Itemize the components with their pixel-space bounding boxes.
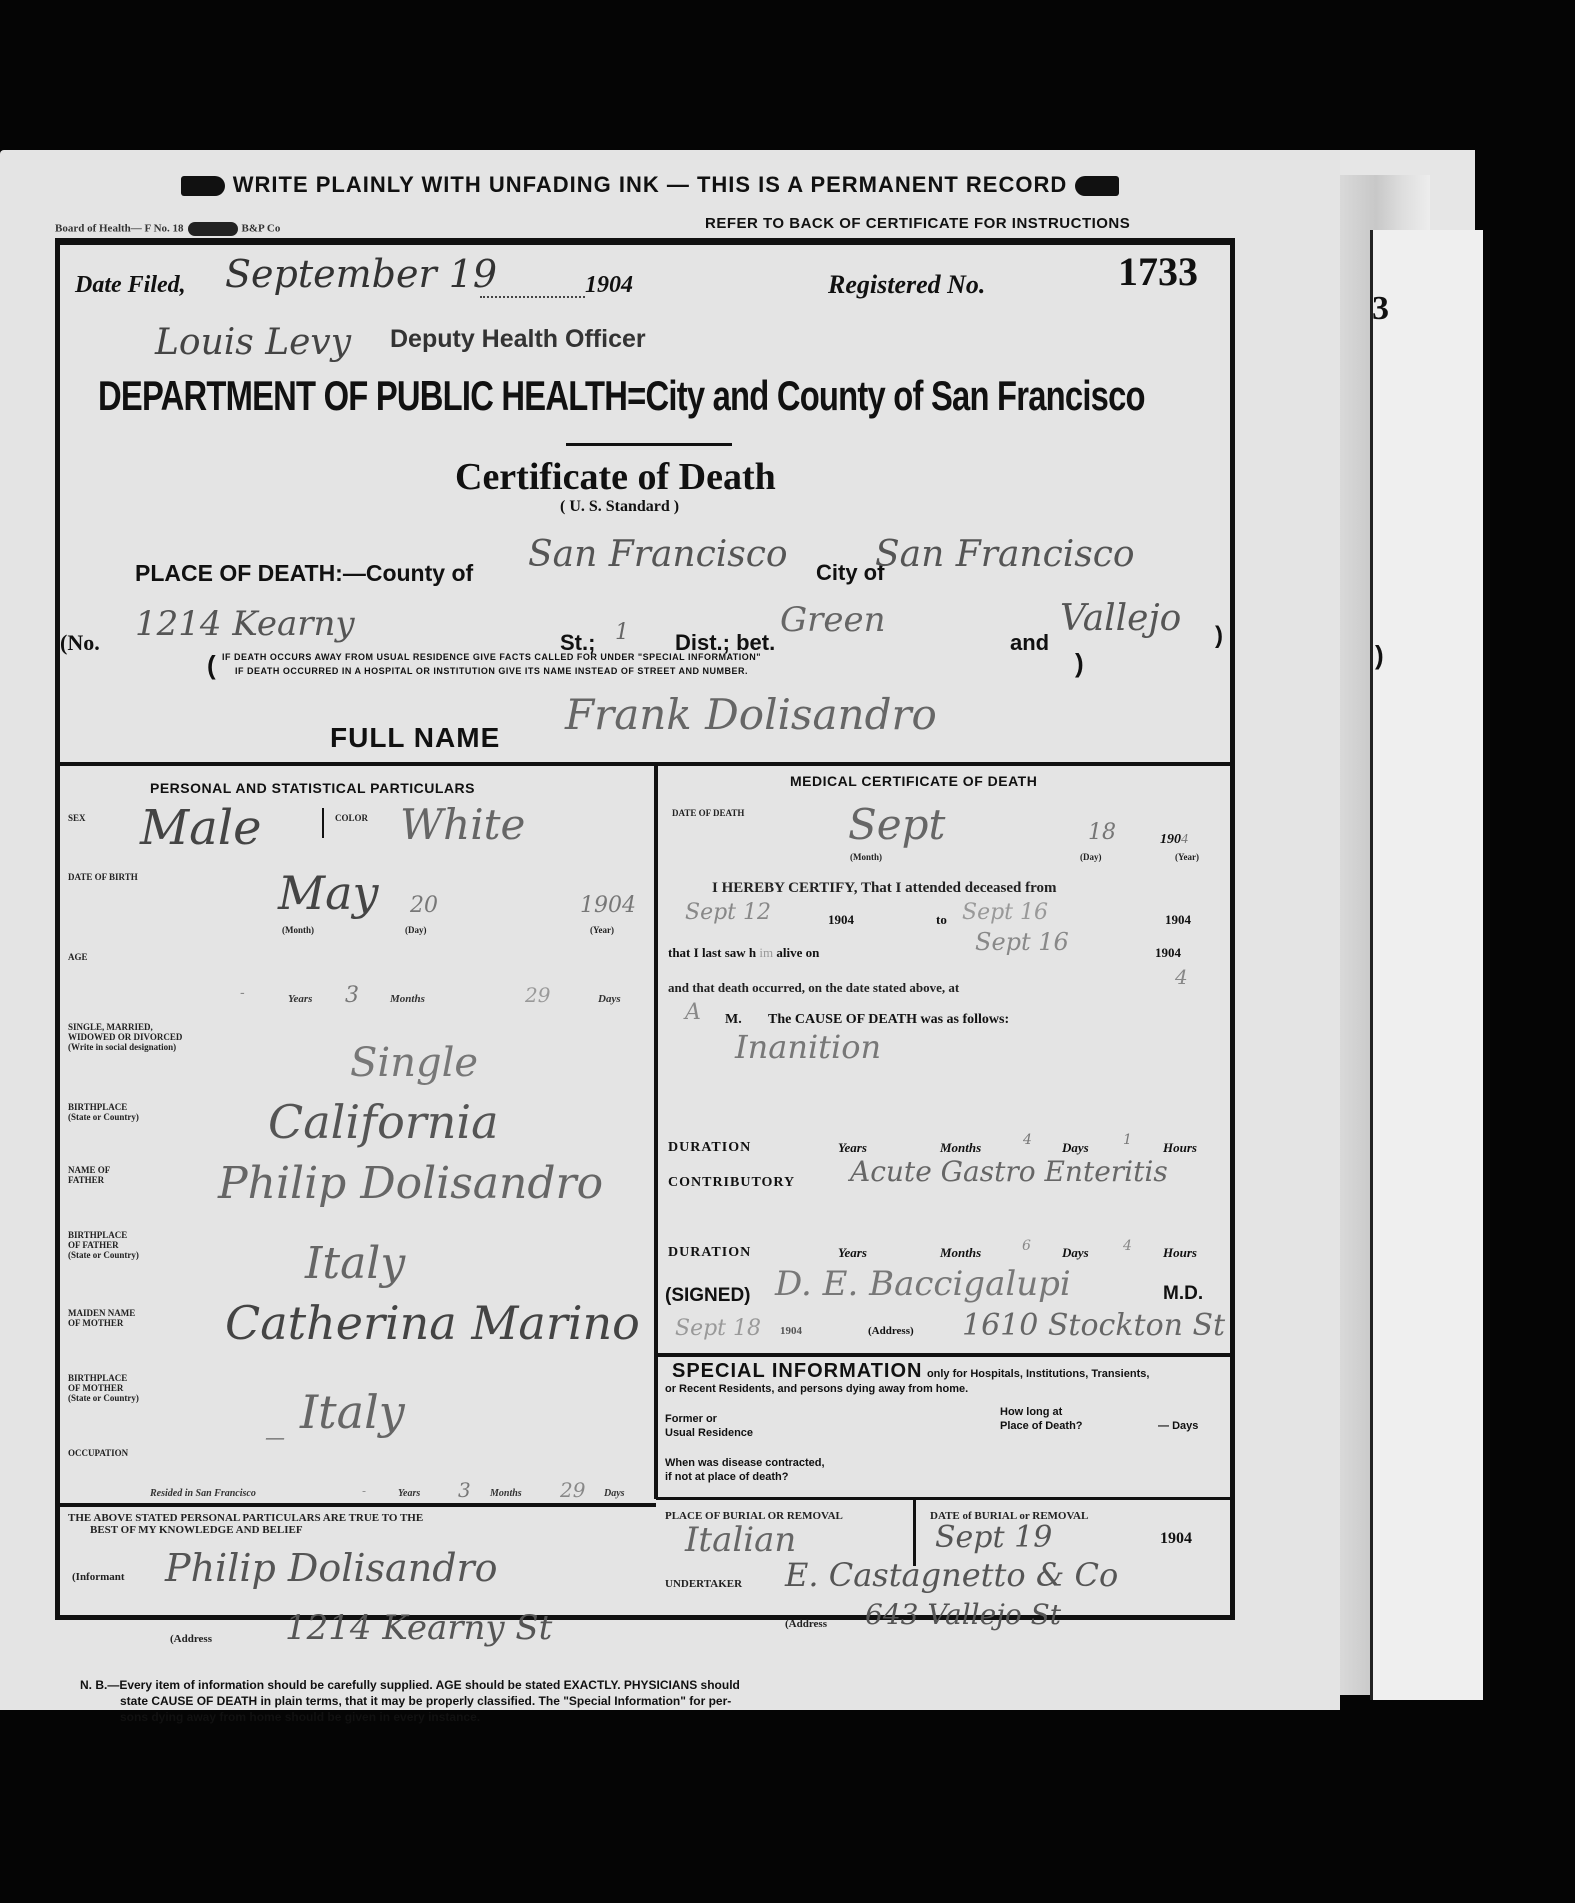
dod-day-label: (Day): [1080, 852, 1102, 862]
officer-signature: Louis Levy: [155, 322, 351, 363]
county-value: San Francisco: [528, 534, 788, 575]
resided-label: Resided in San Francisco: [150, 1488, 256, 1499]
footnote: N. B.—Every item of information should b…: [80, 1677, 740, 1725]
personal-heading: PERSONAL AND STATISTICAL PARTICULARS: [150, 780, 475, 796]
special-heading: SPECIAL INFORMATION: [672, 1360, 922, 1382]
marital-label-1: SINGLE, MARRIED,: [68, 1022, 182, 1032]
special-heading-row: SPECIAL INFORMATION only for Hospitals, …: [672, 1360, 1149, 1383]
how-long-label-1: How long at: [1000, 1405, 1083, 1419]
close-paren: ): [1215, 622, 1223, 650]
and-label: and: [1010, 630, 1049, 656]
color-value: White: [400, 800, 525, 849]
dod-month-label: (Month): [850, 852, 882, 862]
resided-months: 3: [458, 1478, 471, 1502]
form-id-text: Board of Health— F No. 18: [55, 223, 184, 235]
contrib-duration-years-label: Years: [838, 1245, 867, 1261]
birthplace-label: BIRTHPLACE (State or Country): [68, 1102, 139, 1122]
undertaker-address: 643 Vallejo St: [865, 1598, 1061, 1631]
medical-heading: MEDICAL CERTIFICATE OF DEATH: [790, 773, 1037, 789]
dod-label: DATE OF DEATH: [672, 808, 744, 818]
mother-value: Catherina Marino: [225, 1296, 640, 1350]
mother-label-1: MAIDEN NAME: [68, 1308, 135, 1318]
burial-place: Italian: [685, 1520, 796, 1560]
contracted-label-2: if not at place of death?: [665, 1470, 825, 1484]
contrib-duration-months: 6: [1022, 1238, 1031, 1254]
dob-year-label: (Year): [590, 925, 614, 935]
father-bp-label-1: BIRTHPLACE: [68, 1230, 139, 1240]
special-note-2: or Recent Residents, and persons dying a…: [665, 1383, 968, 1395]
last-saw-date: Sept 16: [975, 928, 1069, 956]
special-note-1: only for Hospitals, Institutions, Transi…: [927, 1368, 1149, 1380]
cause-duration-months: 4: [1023, 1132, 1032, 1148]
informant-divider: [60, 1503, 656, 1507]
informant-label: (Informant: [72, 1571, 125, 1583]
informant-statement: THE ABOVE STATED PERSONAL PARTICULARS AR…: [68, 1512, 423, 1536]
father-label-2: FATHER: [68, 1175, 110, 1185]
attended-from-year: 1904: [828, 912, 854, 928]
father-birthplace-label: BIRTHPLACE OF FATHER (State or Country): [68, 1230, 139, 1260]
informant-statement-2: BEST OF MY KNOWLEDGE AND BELIEF: [68, 1524, 423, 1536]
footnote-line-1: N. B.—Every item of information should b…: [80, 1677, 740, 1693]
cause-duration-days-label: Days: [1062, 1140, 1089, 1156]
dod-year-label: (Year): [1175, 852, 1199, 862]
death-hour: 4: [1175, 965, 1188, 989]
street-value: 1214 Kearny: [135, 604, 355, 644]
date-filed-year: 1904: [585, 272, 633, 299]
father-birthplace-value: Italy: [305, 1238, 405, 1289]
father-label-1: NAME OF: [68, 1165, 110, 1175]
contrib-duration-days-label: Days: [1062, 1245, 1089, 1261]
mother-label-2: OF MOTHER: [68, 1318, 135, 1328]
former-label-1: Former or: [665, 1412, 753, 1426]
birthplace-label-1: BIRTHPLACE: [68, 1102, 139, 1112]
resided-months-label: Months: [490, 1488, 522, 1499]
dod-month: Sept: [848, 800, 945, 849]
place-note-2: IF DEATH OCCURRED IN A HOSPITAL OR INSTI…: [235, 666, 748, 676]
father-bp-label-3: (State or Country): [68, 1250, 139, 1260]
certify-text: I HEREBY CERTIFY, That I attended deceas…: [712, 880, 1057, 897]
physician-signature: D. E. Baccigalupi: [775, 1264, 1071, 1304]
last-saw-year: 1904: [1155, 945, 1181, 961]
cause-duration-label: DURATION: [668, 1140, 751, 1156]
last-saw-prefix: that I last saw h: [668, 945, 756, 960]
form-id: Board of Health— F No. 18B&P Co: [55, 222, 280, 236]
place-of-death-label: PLACE OF DEATH:—County of: [135, 560, 473, 587]
contributory-value: Acute Gastro Enteritis: [850, 1155, 1168, 1188]
mother-bp-label-1: BIRTHPLACE: [68, 1373, 139, 1383]
to-label: to: [936, 912, 947, 928]
contracted-label: When was disease contracted, if not at p…: [665, 1456, 825, 1484]
street-no-label: (No.: [60, 630, 100, 656]
date-filed-label: Date Filed,: [75, 272, 186, 299]
pointing-hand-icon: [181, 176, 225, 196]
between-street-2: Vallejo: [1060, 598, 1181, 639]
color-label: COLOR: [335, 813, 368, 823]
certificate-title: Certificate of Death: [455, 455, 776, 499]
cause-text: The CAUSE OF DEATH was as follows:: [768, 1012, 1009, 1028]
sex-label: SEX: [68, 813, 86, 823]
dod-year-prefix: 190: [1160, 832, 1181, 847]
contrib-duration-label: DURATION: [668, 1245, 751, 1261]
contrib-duration-days: 4: [1123, 1238, 1132, 1254]
mother-birthplace-value: Italy: [300, 1385, 405, 1439]
contrib-duration-hours-label: Hours: [1163, 1245, 1197, 1261]
informant-statement-1: THE ABOVE STATED PERSONAL PARTICULARS AR…: [68, 1512, 423, 1524]
union-seal-icon: [188, 222, 238, 236]
place-note-1: IF DEATH OCCURS AWAY FROM USUAL RESIDENC…: [222, 652, 761, 662]
burial-divider: [656, 1497, 1230, 1500]
resided-years: -: [362, 1484, 366, 1498]
title-divider: [566, 443, 732, 446]
sex-value: Male: [140, 800, 262, 856]
dod-day: 18: [1088, 820, 1116, 845]
resided-days: 29: [560, 1478, 585, 1502]
certificate-standard: ( U. S. Standard ): [560, 498, 679, 516]
pointing-hand-icon: [1075, 176, 1119, 196]
registered-number: 1733: [1118, 248, 1198, 295]
between-street-1: Green: [780, 600, 886, 640]
cause-duration-months-label: Months: [940, 1140, 981, 1156]
footnote-line-3: sons dying away from home should be give…: [80, 1709, 740, 1725]
mother-birthplace-label: BIRTHPLACE OF MOTHER (State or Country): [68, 1373, 139, 1403]
occupation-value: —: [265, 1425, 285, 1449]
how-long-value: —: [1158, 1420, 1169, 1432]
dob-day-label: (Day): [405, 925, 427, 935]
instructions-note: REFER TO BACK OF CERTIFICATE FOR INSTRUC…: [705, 215, 1130, 232]
cause-duration-years-label: Years: [838, 1140, 867, 1156]
age-label: AGE: [68, 952, 88, 962]
informant-address: 1214 Kearny St: [285, 1608, 552, 1648]
alive-on-label: alive on: [776, 945, 819, 960]
ink-banner: WRITE PLAINLY WITH UNFADING INK — THIS I…: [110, 172, 1190, 198]
full-name-value: Frank Dolisandro: [565, 690, 937, 739]
physician-address-label: (Address): [868, 1325, 914, 1337]
mother-bp-label-2: OF MOTHER: [68, 1383, 139, 1393]
contracted-label-1: When was disease contracted,: [665, 1456, 825, 1470]
date-filed-value: September 19: [225, 252, 497, 296]
signed-year: 1904: [780, 1325, 802, 1337]
adjacent-page-paren: ): [1375, 640, 1384, 671]
cause-duration-hours-label: Hours: [1163, 1140, 1197, 1156]
last-saw-text: that I last saw h im alive on: [668, 945, 819, 961]
cause-duration-days: 1: [1123, 1132, 1132, 1148]
marital-label: SINGLE, MARRIED, WIDOWED OR DIVORCED (Wr…: [68, 1022, 182, 1052]
occurred-text: and that death occurred, on the date sta…: [668, 980, 959, 996]
occupation-label: OCCUPATION: [68, 1448, 128, 1458]
no-label-text: No.: [67, 630, 99, 655]
father-bp-label-2: OF FATHER: [68, 1240, 139, 1250]
age-years-label: Years: [288, 993, 312, 1005]
footnote-line-2: state CAUSE OF DEATH in plain terms, tha…: [80, 1693, 740, 1709]
marital-label-2: WIDOWED OR DIVORCED: [68, 1032, 182, 1042]
undertaker-name: E. Castagnetto & Co: [785, 1556, 1118, 1594]
dob-year: 1904: [580, 893, 636, 918]
resided-days-label: Days: [604, 1488, 625, 1499]
dob-month-label: (Month): [282, 925, 314, 935]
dob-day: 20: [410, 893, 438, 918]
how-long-label: How long at Place of Death?: [1000, 1405, 1083, 1433]
burial-date: Sept 19: [935, 1520, 1052, 1555]
former-residence-label: Former or Usual Residence: [665, 1412, 753, 1440]
dob-label: DATE OF BIRTH: [68, 872, 138, 882]
column-divider: [654, 764, 658, 1499]
note-close-paren: ): [1075, 648, 1084, 679]
age-years: -: [240, 985, 245, 1001]
dod-year: 1904: [1160, 832, 1188, 848]
undertaker-label: UNDERTAKER: [665, 1578, 742, 1590]
city-value: San Francisco: [875, 534, 1135, 575]
father-value: Philip Dolisandro: [218, 1158, 603, 1209]
printer-text: B&P Co: [242, 223, 281, 235]
birthplace-value: California: [268, 1095, 499, 1149]
birthplace-label-2: (State or Country): [68, 1112, 139, 1122]
how-long-days-label: Days: [1172, 1420, 1198, 1432]
department-title: DEPARTMENT OF PUBLIC HEALTH=City and Cou…: [98, 372, 1145, 420]
father-label: NAME OF FATHER: [68, 1165, 110, 1185]
section-divider: [60, 762, 1230, 766]
banner-text: WRITE PLAINLY WITH UNFADING INK — THIS I…: [233, 172, 1068, 197]
special-divider: [656, 1353, 1230, 1357]
age-months: 3: [345, 983, 359, 1008]
attended-from: Sept 12: [685, 900, 771, 925]
informant-address-label: (Address: [170, 1633, 212, 1645]
dod-year-suffix: 4: [1181, 832, 1188, 847]
adjacent-page-number: 3: [1372, 290, 1389, 328]
mother-label: MAIDEN NAME OF MOTHER: [68, 1308, 135, 1328]
signed-label: (SIGNED): [665, 1285, 751, 1307]
informant-name: Philip Dolisandro: [165, 1546, 498, 1590]
date-filed-rule: [480, 296, 585, 298]
how-long-days: — Days: [1158, 1420, 1198, 1432]
death-ampm: A: [685, 1000, 701, 1025]
resided-years-label: Years: [398, 1488, 420, 1499]
how-long-label-2: Place of Death?: [1000, 1419, 1083, 1433]
age-days-label: Days: [598, 993, 621, 1005]
attended-to: Sept 16: [962, 900, 1048, 925]
cause-value: Inanition: [735, 1028, 881, 1066]
adjacent-page: [1370, 230, 1483, 1700]
md-label: M.D.: [1163, 1283, 1203, 1305]
marital-label-3: (Write in social designation): [68, 1042, 182, 1052]
mother-bp-label-3: (State or Country): [68, 1393, 139, 1403]
contributory-label: CONTRIBUTORY: [668, 1175, 795, 1191]
signed-date: Sept 18: [675, 1316, 761, 1341]
registered-label: Registered No.: [828, 270, 985, 300]
former-label-2: Usual Residence: [665, 1426, 753, 1440]
last-saw-pronoun: im: [759, 945, 773, 960]
full-name-label: FULL NAME: [330, 722, 500, 754]
m-label: M.: [725, 1012, 742, 1028]
note-open-paren: (: [207, 650, 216, 681]
sex-color-divider: [322, 808, 324, 838]
contrib-duration-months-label: Months: [940, 1245, 981, 1261]
undertaker-address-label: (Address: [785, 1618, 827, 1630]
marital-value: Single: [350, 1040, 478, 1086]
age-months-label: Months: [390, 993, 425, 1005]
age-days: 29: [525, 983, 550, 1007]
officer-title: Deputy Health Officer: [390, 325, 646, 354]
burial-year: 1904: [1160, 1530, 1192, 1548]
ward-value: 1: [615, 620, 629, 645]
dob-month: May: [278, 866, 379, 920]
attended-to-year: 1904: [1165, 912, 1191, 928]
physician-address: 1610 Stockton St: [962, 1308, 1225, 1343]
